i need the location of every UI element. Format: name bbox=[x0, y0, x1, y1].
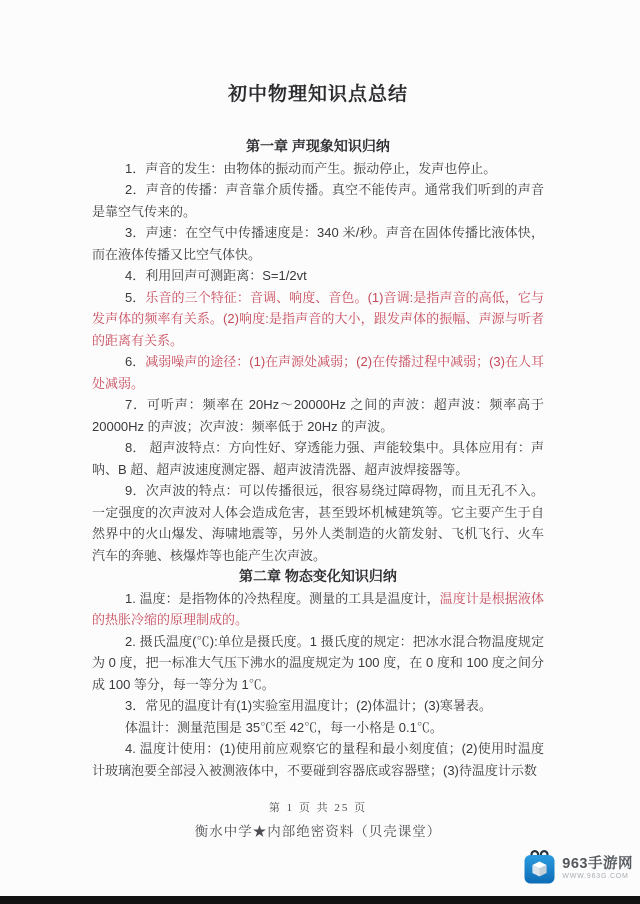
body-text: 体温计：测量范围是 35℃至 42℃，每一小格是 0.1℃。 bbox=[125, 720, 443, 735]
site-logo: 963手游网 WWW.963G.COM bbox=[524, 848, 633, 889]
highlighted-text: 减弱噪声的途径：(1)在声源处减弱；(2)在传播过程中减弱；(3)在人耳处减弱。 bbox=[92, 354, 544, 391]
body-text: 5． bbox=[125, 290, 145, 305]
paragraph: 3．声速：在空气中传播速度是：340 米/秒。声音在固体传播比液体快，而在液体传… bbox=[92, 222, 544, 265]
paragraph: 6．减弱噪声的途径：(1)在声源处减弱；(2)在传播过程中减弱；(3)在人耳处减… bbox=[92, 351, 544, 394]
document-title: 初中物理知识点总结 bbox=[92, 84, 544, 106]
paragraph: 7．可听声：频率在 20Hz～20000Hz 之间的声波：超声波：频率高于 20… bbox=[92, 394, 544, 437]
body-text: 8． 超声波特点：方向性好、穿透能力强、声能较集中。具体应用有：声呐、B 超、超… bbox=[92, 440, 544, 477]
body-text: 3．常见的温度计有(1)实验室用温度计；(2)体温计；(3)寒暑表。 bbox=[125, 698, 492, 713]
site-logo-name: 963手游网 bbox=[562, 856, 633, 872]
body-text: 1．声音的发生：由物体的振动而产生。振动停止，发声也停止。 bbox=[125, 161, 496, 176]
paragraph: 4. 温度计使用：(1)使用前应观察它的量程和最小刻度值；(2)使用时温度计玻璃… bbox=[92, 738, 544, 781]
document-body: 初中物理知识点总结 第一章 声现象知识归纳1．声音的发生：由物体的振动而产生。振… bbox=[0, 0, 640, 841]
chapter-heading: 第二章 物态变化知识归纳 bbox=[92, 566, 544, 588]
site-logo-url: WWW.963G.COM bbox=[562, 872, 633, 881]
paragraph: 2．声音的传播：声音靠介质传播。真空不能传声。通常我们听到的声音是靠空气传来的。 bbox=[92, 179, 544, 222]
document-blocks: 第一章 声现象知识归纳1．声音的发生：由物体的振动而产生。振动停止，发声也停止。… bbox=[92, 136, 544, 781]
paragraph: 9．次声波的特点：可以传播很远，很容易绕过障碍物，而且无孔不入。一定强度的次声波… bbox=[92, 480, 544, 566]
body-text: 2. 摄氏温度(℃):单位是摄氏度。1 摄氏度的规定：把冰水混合物温度规定为 0… bbox=[92, 634, 544, 692]
paragraph: 2. 摄氏温度(℃):单位是摄氏度。1 摄氏度的规定：把冰水混合物温度规定为 0… bbox=[92, 631, 544, 696]
document-page: 初中物理知识点总结 第一章 声现象知识归纳1．声音的发生：由物体的振动而产生。振… bbox=[0, 0, 640, 904]
body-text: 9．次声波的特点：可以传播很远，很容易绕过障碍物，而且无孔不入。一定强度的次声波… bbox=[92, 483, 544, 563]
body-text: 1. 温度：是指物体的冷热程度。测量的工具是温度计， bbox=[125, 591, 440, 606]
shopping-bag-cube-icon bbox=[524, 848, 555, 889]
watermark-text: 衡水中学★内部绝密资料（贝壳课堂） bbox=[92, 823, 544, 841]
paragraph: 8． 超声波特点：方向性好、穿透能力强、声能较集中。具体应用有：声呐、B 超、超… bbox=[92, 437, 544, 480]
paragraph: 1．声音的发生：由物体的振动而产生。振动停止，发声也停止。 bbox=[92, 158, 544, 180]
body-text: 6． bbox=[125, 354, 145, 369]
paragraph: 体温计：测量范围是 35℃至 42℃，每一小格是 0.1℃。 bbox=[92, 717, 544, 739]
site-logo-text: 963手游网 WWW.963G.COM bbox=[562, 856, 633, 881]
body-text: 3．声速：在空气中传播速度是：340 米/秒。声音在固体传播比液体快，而在液体传… bbox=[92, 225, 544, 262]
page-number: 第 1 页 共 25 页 bbox=[92, 801, 544, 816]
chapter-heading: 第一章 声现象知识归纳 bbox=[92, 136, 544, 158]
body-text: 7．可听声：频率在 20Hz～20000Hz 之间的声波：超声波：频率高于 20… bbox=[92, 397, 544, 434]
highlighted-text: 乐音的三个特征：音调、响度、音色。(1)音调:是指声音的高低，它与发声体的频率有… bbox=[92, 290, 544, 348]
body-text: 4．利用回声可测距离：S=1/2vt bbox=[125, 268, 307, 283]
body-text: 2．声音的传播：声音靠介质传播。真空不能传声。通常我们听到的声音是靠空气传来的。 bbox=[92, 182, 544, 219]
paragraph: 3．常见的温度计有(1)实验室用温度计；(2)体温计；(3)寒暑表。 bbox=[92, 695, 544, 717]
bottom-edge-bar bbox=[0, 896, 640, 904]
paragraph: 4．利用回声可测距离：S=1/2vt bbox=[92, 265, 544, 287]
paragraph: 5．乐音的三个特征：音调、响度、音色。(1)音调:是指声音的高低，它与发声体的频… bbox=[92, 287, 544, 352]
body-text: 4. 温度计使用：(1)使用前应观察它的量程和最小刻度值；(2)使用时温度计玻璃… bbox=[92, 741, 544, 778]
paragraph: 1. 温度：是指物体的冷热程度。测量的工具是温度计，温度计是根据液体的热胀冷缩的… bbox=[92, 588, 544, 631]
